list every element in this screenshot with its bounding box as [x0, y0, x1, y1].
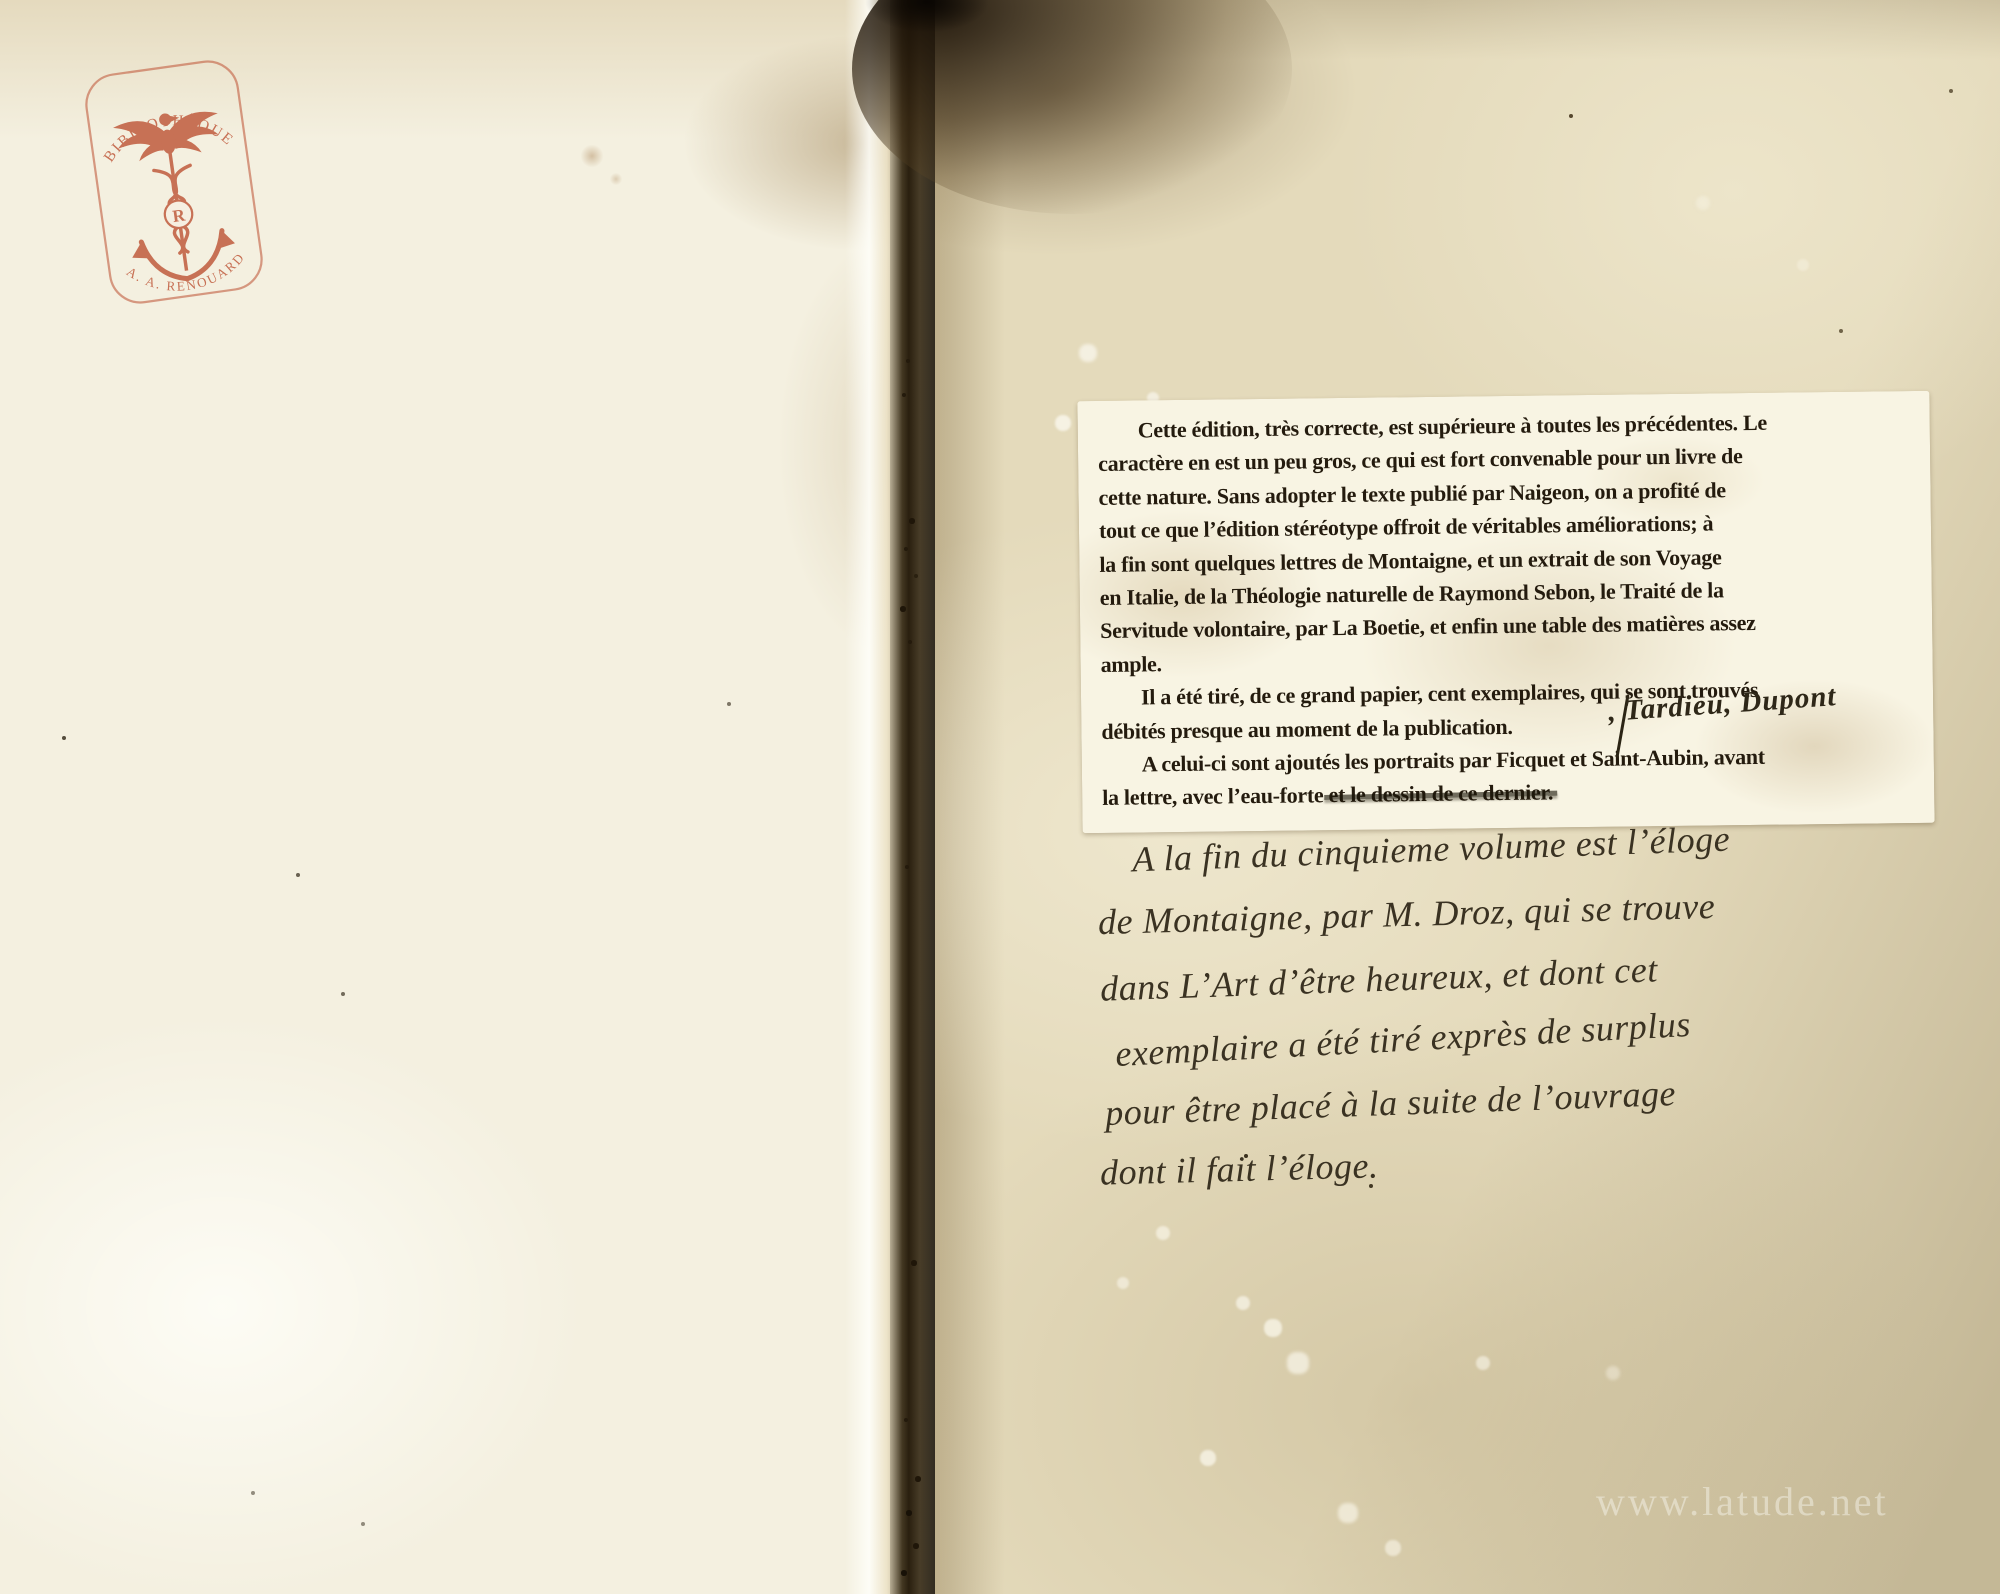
printed-note-slip: Cette édition, très correcte, est supéri…: [1077, 391, 1934, 833]
closing-line-prefix: la lettre, avec l’eau-forte: [1102, 783, 1329, 811]
paper-specks: [0, 0, 2, 2]
gutter-specks: [845, 0, 847, 2]
site-watermark: www.latude.net: [1596, 1478, 1889, 1525]
book-scan: BIBLIOTHÈQUE R: [0, 0, 2000, 1594]
handwritten-line: dont il fait l’éloge.: [1099, 1144, 1378, 1193]
closing-line-struck-text: et le dessin de ce dernier.: [1328, 780, 1553, 808]
library-stamp: BIBLIOTHÈQUE R: [76, 52, 272, 312]
left-page: BIBLIOTHÈQUE R: [0, 0, 890, 1594]
book-gutter: [845, 0, 955, 1594]
